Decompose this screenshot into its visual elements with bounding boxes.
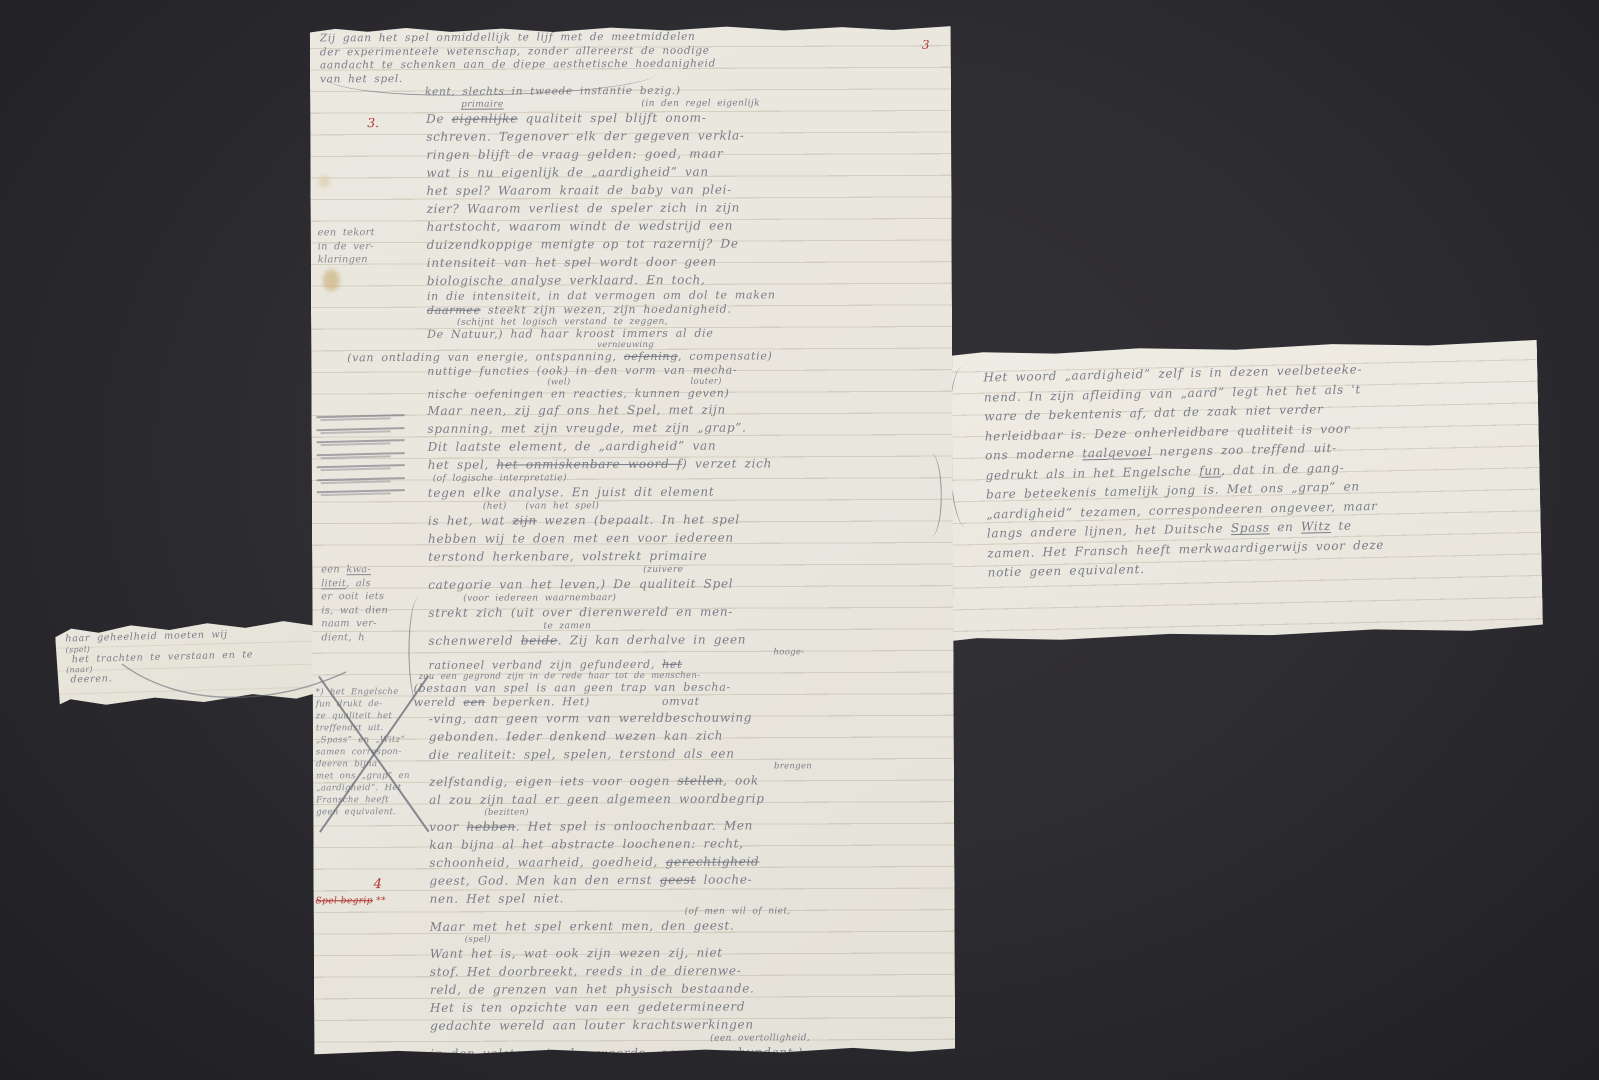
photo-backdrop: haar geheelheid moeten wij(spel)het trac… [0,0,1599,1080]
handwritten-line: in den volsten zin des woords een supera… [430,1043,950,1056]
pen-connector-curve [118,650,353,712]
handwritten-line: schenwereld beide. Zij kan derhalve in g… [428,630,948,650]
handwritten-line: tegen elke analyse. En juist dit element [428,482,948,502]
handwritten-line: voor hebben. Het spel is onloochenbaar. … [429,816,949,836]
handwritten-line: wat is nu eigenlijk de „aardigheid” van [426,162,946,182]
margin-note-crossed-out [316,410,416,498]
handwritten-line: strekt zich (uit over dierenwereld en me… [428,602,948,622]
handwritten-line: een tekort [318,226,418,240]
handwritten-line: gebonden. Ieder denkend wezen kan zich [429,726,949,746]
handwritten-line: geest, God. Men kan den ernst geest looc… [429,870,949,890]
manuscript-main-page: Zij gaan het spel onmiddellijk te lijf m… [310,25,955,1056]
handwritten-line: hartstocht, waarom windt de wedstrijd ee… [427,216,947,236]
handwritten-line: het spel, het onmiskenbare woord f) verz… [428,454,948,474]
handwritten-line: duizendkoppige menigte op tot razernij? … [427,234,947,254]
handwritten-line: Maar neen, zij gaf ons het Spel, met zij… [427,400,947,420]
handwritten-line: nen. Het spel niet. [430,888,950,908]
handwritten-line: zier? Waarom verliest de speler zich in … [427,198,947,218]
handwritten-line: Want het is, wat ook zijn wezen zij, nie… [430,943,950,963]
handwritten-line: De eigenlijke qualiteit spel blijft onom… [426,108,946,128]
handwritten-line: is, wat dien [321,603,421,617]
handwritten-line: die realiteit: spel, spelen, terstond al… [429,744,949,764]
handwritten-line: schoonheid, waarheid, goedheid, gerechti… [429,852,949,872]
handwritten-line [317,485,417,498]
handwritten-line [316,410,416,423]
handwritten-line: Dit laatste element, de „aardigheid” van [428,436,948,456]
handwritten-line [317,447,417,460]
inserted-top-passage: Zij gaan het spel onmiddellijk te lijf m… [320,30,943,100]
handwritten-line: met ons „grap” en [316,770,424,782]
handwritten-line: in de ver- [318,239,418,253]
handwritten-line: stof. Het doorbreekt, reeds in de dieren… [430,961,950,981]
handwritten-line: het spel? Waarom kraait de baby van plei… [426,180,946,200]
handwritten-line [317,460,417,473]
right-strip-text: Het woord „aardigheid” zelf is in dezen … [983,357,1528,583]
red-struck-heading: Spel-begrip ** [316,896,386,906]
handwritten-line: een kwa- [321,563,421,577]
handwritten-line: „Spass” en „Witz” [316,734,424,746]
handwritten-line [317,472,417,485]
main-text-body: primaire (in den regel eigenlijkDe eigen… [426,98,950,1056]
handwritten-line: klaringen [318,253,418,267]
handwritten-line: dient, h [321,630,421,644]
manuscript-right-strip: Het woord „aardigheid” zelf is in dezen … [935,338,1543,643]
handwritten-line: intensiteit van het spel wordt door geen [427,252,947,272]
handwritten-line [317,435,417,448]
handwritten-line: categorie van het leven,) De qualiteit S… [428,574,948,594]
handwritten-line: zelfstandig, eigen iets voor oogen stell… [429,771,949,791]
handwritten-line: naam ver- [321,617,421,631]
handwritten-line: kan bijna al het abstracte loochenen: re… [429,834,949,854]
paper-stain [318,175,330,187]
paper-stain [323,269,340,291]
handwritten-line: gedachte wereld aan louter krachtswerkin… [430,1015,950,1035]
red-page-number: 3 [922,38,930,52]
handwritten-line: hebben wij te doen met een voor iedereen [428,528,948,548]
red-section-mark-4: 4 [373,876,382,892]
handwritten-line: reld, de grenzen van het physisch bestaa… [430,979,950,999]
handwritten-line: Maar met het spel erkent men, den geest. [430,916,950,936]
handwritten-line: -ving, aan geen vorm van wereldbeschouwi… [429,708,949,728]
handwritten-line [316,422,416,435]
handwritten-line: er ooit iets [321,590,421,604]
handwritten-line: liteit, als [321,576,421,590]
handwritten-line: spanning, met zijn vreugde, met zijn „gr… [427,418,947,438]
handwritten-line: biologische analyse verklaard. En toch, [427,270,947,290]
margin-note-tekort: een tekortin de ver-klaringen [318,226,418,267]
handwritten-line: treffendst uit. [316,722,424,734]
handwritten-line: ringen blijft de vraag gelden: goed, maa… [426,144,946,164]
handwritten-line: Het is ten opzichte van een gedeterminee… [430,997,950,1017]
handwritten-line: is het, wat zijn wezen (bepaalt. In het … [428,510,948,530]
handwritten-line: „aardigheid”. Het [316,782,424,794]
margin-note-kwaliteit: een kwa-liteit, alser ooit ietsis, wat d… [321,563,421,644]
handwritten-line: al zou zijn taal er geen algemeen woordb… [429,789,949,809]
handwritten-line: terstond herkenbare, volstrekt primaire [428,546,948,566]
handwritten-line: schreven. Tegenover elk der gegeven verk… [426,126,946,146]
red-section-mark-3: 3. [367,115,379,130]
